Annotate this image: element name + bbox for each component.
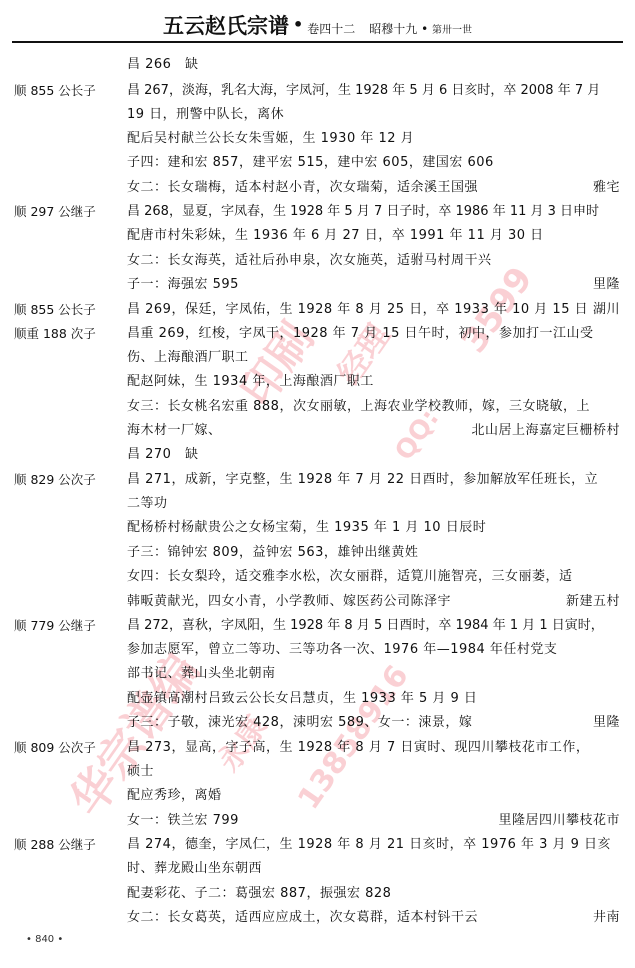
entry-text: 二等功 — [127, 494, 168, 514]
entry-text: 女二：长女葛英，适西应应成土，次女葛群，适本村钭干云 — [127, 908, 478, 928]
entry-text: 配应秀珍，离婚 — [127, 786, 222, 806]
entry-line: 硕士 — [0, 762, 635, 782]
lineage-label: 顺 297 公继子 — [14, 202, 96, 222]
entry-text: 昌 272，喜秋，字凤阳，生 1928 年 8 月 5 日酉时，卒 1984 年… — [127, 616, 604, 636]
entry-line: 女二：长女瑞梅，适本村赵小青，次女瑞菊，适余溪王国强雅宅 — [0, 178, 635, 198]
entry-line: 部书记、葬山头坐北朝南 — [0, 664, 635, 684]
lineage-label: 顺 829 公次子 — [14, 470, 96, 490]
entry-text: 女二：长女海英，适社后孙申泉，次女施英，适驸马村周干兴 — [127, 251, 492, 271]
volume-label: 卷四十二 — [307, 22, 355, 36]
entry-text: 子四：建和宏 857，建平宏 515，建中宏 605，建国宏 606 — [127, 153, 494, 173]
entry-text: 参加志愿军，曾立二等功、三等功各一次、1976 年—1984 年任村党支 — [127, 640, 557, 660]
entry-line: 顺 779 公继子昌 272，喜秋，字凤阳，生 1928 年 8 月 5 日酉时… — [0, 616, 635, 636]
entry-text: 子一：海强宏 595 — [127, 275, 239, 295]
entry-text: 配壶镇高潮村吕致云公长女吕慧贞，生 1933 年 5 月 9 日 — [127, 689, 477, 709]
lineage-label: 顺 855 公长子 — [14, 81, 96, 101]
entry-line: 女四：长女梨玲，适交雅李水松，次女丽群，适筧川施智亮，三女丽萎，适 — [0, 567, 635, 587]
entry-text: 配后吴村献兰公长女朱雪姬，生 1930 年 12 月 — [127, 129, 414, 149]
entry-line: 伤、上海酿酒厂职工 — [0, 348, 635, 368]
entry-line: 女二：长女葛英，适西应应成土，次女葛群，适本村钭干云井南 — [0, 908, 635, 928]
header-separator-2: • — [417, 22, 432, 36]
entry-text: 海木材一厂嫁、 — [127, 421, 222, 441]
entry-text: 伤、上海酿酒厂职工 — [127, 348, 249, 368]
entry-line: 参加志愿军，曾立二等功、三等功各一次、1976 年—1984 年任村党支 — [0, 640, 635, 660]
residence-label: 里隆 — [593, 275, 620, 295]
entry-text: 配妻彩花、子二：葛强宏 887，振强宏 828 — [127, 884, 391, 904]
entry-line: 顺 297 公继子昌 268，显夏，字凤春，生 1928 年 5 月 7 日子时… — [0, 202, 635, 222]
entry-line: 顺 855 公长子昌 269，保廷，字凤佑，生 1928 年 8 月 25 日，… — [0, 300, 635, 320]
entry-line: 配杨桥村杨献贵公之女杨宝菊，生 1935 年 1 月 10 日辰时 — [0, 518, 635, 538]
generation-label: 第卅一世 — [432, 25, 472, 36]
entry-text: 女四：长女梨玲，适交雅李水松，次女丽群，适筧川施智亮，三女丽萎，适 — [127, 567, 573, 587]
entry-line: 子三：锦钟宏 809，益钟宏 563，雄钟出继黄姓 — [0, 543, 635, 563]
entry-line: 配壶镇高潮村吕致云公长女吕慧贞，生 1933 年 5 月 9 日 — [0, 689, 635, 709]
entry-line: 顺 288 公继子昌 274，德奎，字凤仁，生 1928 年 8 月 21 日亥… — [0, 835, 635, 855]
entry-line: 女一：铁兰宏 799里隆居四川攀枝花市 — [0, 811, 635, 831]
entry-text: 19 日，刑警中队长，离休 — [127, 105, 284, 125]
entry-text: 昌 273，显高，字子高，生 1928 年 8 月 7 日寅时、现四川攀枝花市工… — [127, 738, 589, 758]
entry-line: 配应秀珍，离婚 — [0, 786, 635, 806]
residence-label: 里隆 — [593, 713, 620, 733]
entry-text: 昌 271，成新，字克整，生 1928 年 7 月 22 日酉时，参加解放军任班… — [127, 470, 598, 490]
entry-line: 配唐市村朱彩妹，生 1936 年 6 月 27 日，卒 1991 年 11 月 … — [0, 226, 635, 246]
entry-line: 二等功 — [0, 494, 635, 514]
entry-line: 子一：海强宏 595里隆 — [0, 275, 635, 295]
entry-text: 硕士 — [127, 762, 154, 782]
entry-line: 19 日，刑警中队长，离休 — [0, 105, 635, 125]
entry-text: 配唐市村朱彩妹，生 1936 年 6 月 27 日，卒 1991 年 11 月 … — [127, 226, 544, 246]
lineage-label: 顺重 188 次子 — [14, 324, 96, 344]
entry-text: 昌 270 缺 — [127, 445, 198, 465]
entry-line: 配赵阿妹，生 1934 年，上海酿酒厂职工 — [0, 372, 635, 392]
entry-text: 昌 266 缺 — [127, 55, 198, 75]
entry-line: 顺 809 公次子昌 273，显高，字子高，生 1928 年 8 月 7 日寅时… — [0, 738, 635, 758]
entry-text: 女三：长女桃名宏重 888，次女丽敏，上海农业学校教师，嫁，三女晓敏，上 — [127, 397, 590, 417]
page-number: • 840 • — [26, 934, 63, 945]
entry-text: 部书记、葬山头坐北朝南 — [127, 664, 276, 684]
entry-text: 韩畈黄献光，四女小青，小学教师、嫁医药公司陈泽宇 — [127, 592, 451, 612]
entry-line: 顺重 188 次子昌重 269，红梭，字凤干，1928 年 7 月 15 日午时… — [0, 324, 635, 344]
entry-text: 昌 267，淡海，乳名大海，字凤河，生 1928 年 5 月 6 日亥时，卒 2… — [127, 81, 600, 101]
entry-line: 昌 270 缺 — [0, 445, 635, 465]
header-rule — [12, 41, 623, 43]
residence-label: 北山居上海嘉定巨栅桥村 — [471, 421, 620, 441]
entry-text: 昌重 269，红梭，字凤干，1928 年 7 月 15 日午时，初中，参加打一江… — [127, 324, 594, 344]
header-separator: • — [293, 15, 303, 34]
entry-line: 海木材一厂嫁、北山居上海嘉定巨栅桥村 — [0, 421, 635, 441]
lineage-label: 顺 855 公长子 — [14, 300, 96, 320]
residence-label: 新建五村 — [566, 592, 620, 612]
entry-text: 女一：铁兰宏 799 — [127, 811, 239, 831]
entry-text: 子三：锦钟宏 809，益钟宏 563，雄钟出继黄姓 — [127, 543, 418, 563]
entry-line: 顺 829 公次子昌 271，成新，字克整，生 1928 年 7 月 22 日酉… — [0, 470, 635, 490]
entry-line: 女二：长女海英，适社后孙申泉，次女施英，适驸马村周干兴 — [0, 251, 635, 271]
entry-line: 韩畈黄献光，四女小青，小学教师、嫁医药公司陈泽宇新建五村 — [0, 592, 635, 612]
entry-text: 配赵阿妹，生 1934 年，上海酿酒厂职工 — [127, 372, 374, 392]
residence-label: 里隆居四川攀枝花市 — [498, 811, 620, 831]
entry-text: 配杨桥村杨献贵公之女杨宝菊，生 1935 年 1 月 10 日辰时 — [127, 518, 486, 538]
entry-line: 配后吴村献兰公长女朱雪姬，生 1930 年 12 月 — [0, 129, 635, 149]
entry-line: 女三：长女桃名宏重 888，次女丽敏，上海农业学校教师，嫁，三女晓敏，上 — [0, 397, 635, 417]
page-header: 五云赵氏宗谱•卷四十二昭穆十九 • 第卅一世 — [0, 10, 635, 40]
lineage-label: 顺 779 公继子 — [14, 616, 96, 636]
residence-label: 井南 — [593, 908, 620, 928]
lineage-label: 顺 809 公次子 — [14, 738, 96, 758]
entry-text: 时、葬龙殿山坐东朝西 — [127, 859, 262, 879]
entry-line: 顺 855 公长子昌 267，淡海，乳名大海，字凤河，生 1928 年 5 月 … — [0, 81, 635, 101]
entry-line: 时、葬龙殿山坐东朝西 — [0, 859, 635, 879]
residence-label: 湖川 — [593, 300, 620, 320]
lineage-label: 顺 288 公继子 — [14, 835, 96, 855]
residence-label: 雅宅 — [593, 178, 620, 198]
entry-text: 昌 269，保廷，字凤佑，生 1928 年 8 月 25 日，卒 1933 年 … — [127, 300, 588, 320]
entry-text: 子三：子敬，涑光宏 428，涑明宏 589、女一：涑景，嫁 — [127, 713, 472, 733]
entry-line: 配妻彩花、子二：葛强宏 887，振强宏 828 — [0, 884, 635, 904]
entry-line: 子四：建和宏 857，建平宏 515，建中宏 605，建国宏 606 — [0, 153, 635, 173]
entry-line: 子三：子敬，涑光宏 428，涑明宏 589、女一：涑景，嫁里隆 — [0, 713, 635, 733]
entry-line: 昌 266 缺 — [0, 55, 635, 75]
section-label: 昭穆十九 — [369, 22, 417, 36]
entry-text: 女二：长女瑞梅，适本村赵小青，次女瑞菊，适余溪王国强 — [127, 178, 478, 198]
entry-text: 昌 274，德奎，字凤仁，生 1928 年 8 月 21 日亥时，卒 1976 … — [127, 835, 611, 855]
book-title: 五云赵氏宗谱 — [163, 13, 289, 38]
entry-text: 昌 268，显夏，字凤春，生 1928 年 5 月 7 日子时，卒 1986 年… — [127, 202, 599, 222]
